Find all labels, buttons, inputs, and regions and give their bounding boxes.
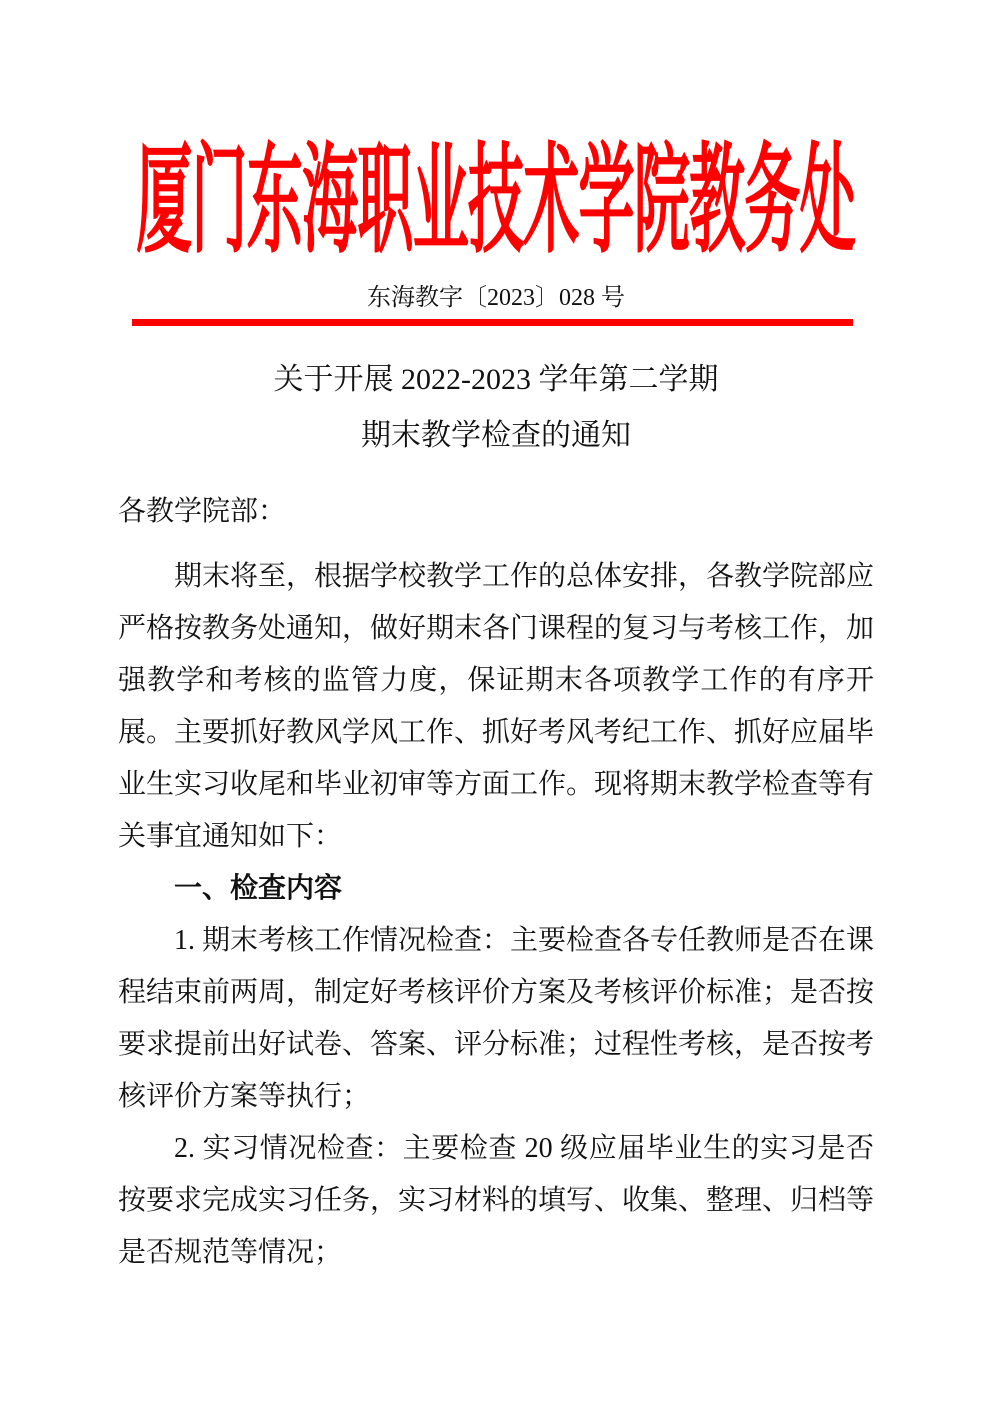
document-title-line1: 关于开展 2022-2023 学年第二学期 [0,352,992,408]
document-title: 关于开展 2022-2023 学年第二学期 期末教学检查的通知 [0,352,992,464]
paragraph: 期末将至，根据学校教学工作的总体安排，各教学院部应严格按教务处通知，做好期末各门… [118,551,874,863]
document-body: 各教学院部：期末将至，根据学校教学工作的总体安排，各教学院部应严格按教务处通知，… [118,486,874,1279]
paragraph: 1. 期末考核工作情况检查：主要检查各专任教师是否在课程结束前两周，制定好考核评… [118,915,874,1123]
document-number: 东海教字〔2023〕028 号 [0,283,992,313]
agency-masthead: 厦门东海职业技术学院教务处 [0,173,992,231]
agency-masthead-title: 厦门东海职业技术学院教务处 [137,143,856,262]
paragraph: 2. 实习情况检查：主要检查 20 级应届毕业生的实习是否按要求完成实习任务，实… [118,1123,874,1279]
red-separator-line [132,319,853,326]
paragraph: 各教学院部： [118,486,874,538]
document-title-line2: 期末教学检查的通知 [0,408,992,464]
document-page: 厦门东海职业技术学院教务处 东海教字〔2023〕028 号 关于开展 2022-… [0,0,992,1403]
paragraph: 一、检查内容 [118,863,874,915]
